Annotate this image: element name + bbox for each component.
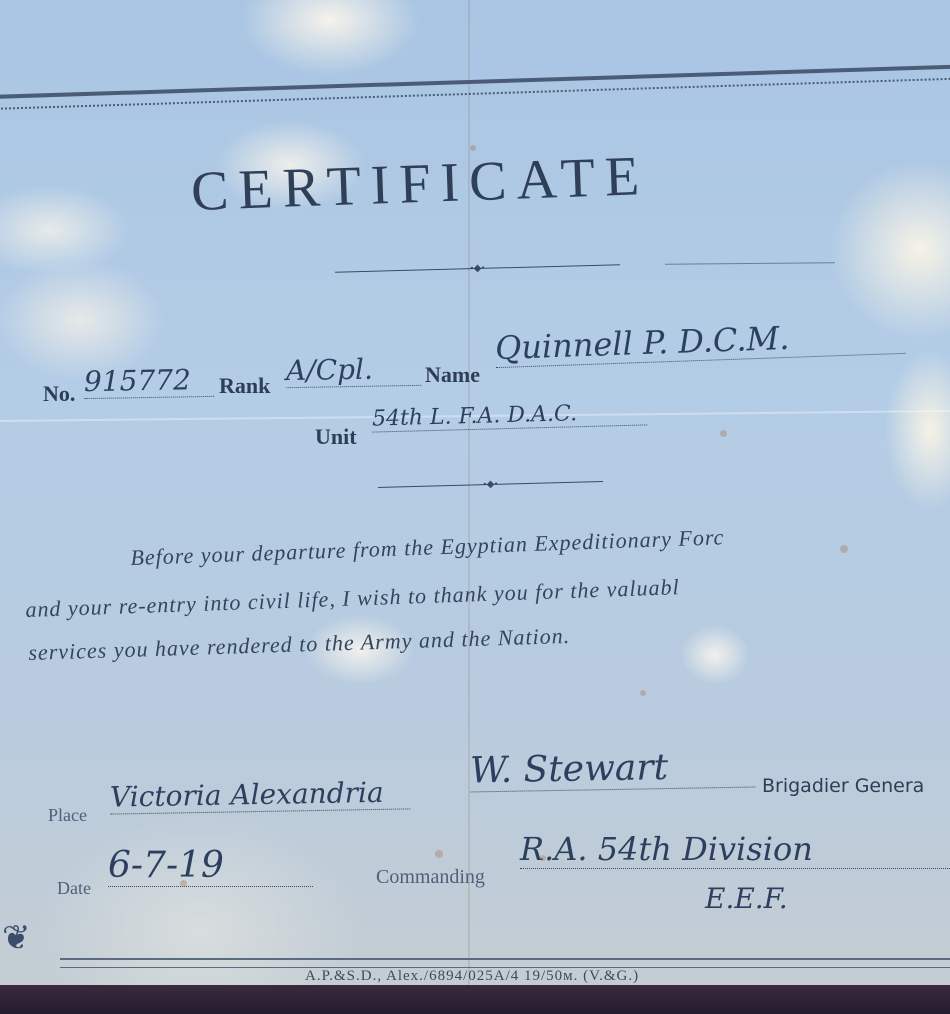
- printer-imprint: A.P.&S.D., Alex./6894/025A/4 19/50м. (V.…: [305, 968, 639, 985]
- unit-divider: •◆•: [378, 481, 603, 488]
- certificate-title: CERTIFICATE: [190, 139, 792, 224]
- rank-label: Rank: [219, 373, 270, 399]
- body-line-3: services you have rendered to the Army a…: [28, 623, 571, 666]
- divider-ornament-icon: •◆•: [470, 263, 485, 274]
- foxing-spot: [840, 545, 848, 553]
- foxing-spot: [470, 145, 476, 151]
- commanding-label: Commanding: [376, 866, 485, 889]
- signer-signature: W. Stewart: [470, 746, 756, 793]
- title-divider: •◆•: [335, 264, 620, 272]
- foxing-spot: [720, 430, 727, 437]
- foxing-spot: [540, 855, 546, 861]
- signer-title: Brigadier Genera: [762, 775, 924, 797]
- certificate-paper: CERTIFICATE •◆• No. 915772 Rank A/Cpl. N…: [0, 0, 950, 990]
- commanding-value: R.A. 54th Division: [520, 830, 950, 869]
- corner-flourish-icon: ❦: [2, 918, 31, 958]
- place-label: Place: [48, 805, 87, 826]
- title-divider-right: [665, 262, 835, 264]
- body-line-2: and your re-entry into civil life, I wis…: [25, 574, 680, 623]
- footer-rule-top: [60, 958, 950, 960]
- name-label: Name: [425, 362, 480, 388]
- date-label: Date: [57, 878, 91, 899]
- foxing-spot: [640, 690, 646, 696]
- number-label: No.: [43, 381, 75, 407]
- unit-value: 54th L. F.A. D.A.C.: [372, 399, 648, 432]
- place-value: Victoria Alexandria: [110, 775, 411, 814]
- unit-label: Unit: [315, 424, 357, 450]
- foxing-spot: [435, 850, 443, 858]
- number-value: 915772: [84, 363, 215, 399]
- commanding-value-line2: E.E.F.: [705, 882, 788, 915]
- rank-value: A/Cpl.: [286, 352, 422, 388]
- date-value: 6-7-19: [108, 845, 313, 887]
- name-value: Quinnell P. D.C.M.: [494, 315, 905, 368]
- body-line-1: Before your departure from the Egyptian …: [130, 524, 725, 571]
- divider-ornament-icon: •◆•: [483, 479, 498, 490]
- dark-backing-surface: [0, 985, 950, 1014]
- foxing-spot: [180, 880, 187, 887]
